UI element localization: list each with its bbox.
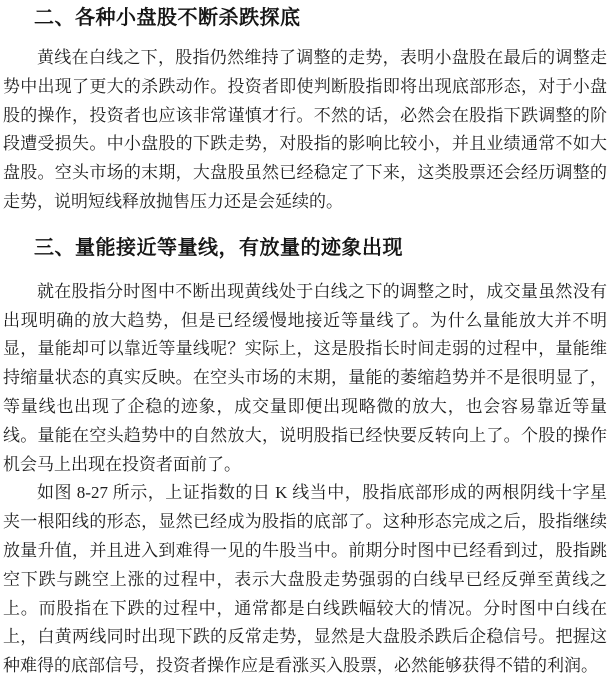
paragraph-small-caps-selloff: 黄线在白线之下，股指仍然维持了调整的走势，表明小盘股在最后的调整走势中出现了更大… — [3, 44, 607, 217]
paragraph-volume-analysis: 就在股指分时图中不断出现黄线处于白线之下的调整之时，成交量虽然没有出现明确的放大… — [3, 278, 607, 480]
section-heading-volume-near-equal-volume-line: 三、量能接近等量线，有放量的迹象出现 — [3, 235, 607, 261]
paragraph-figure-8-27-analysis: 如图 8-27 所示，上证指数的日 K 线当中，股指底部形成的两根阴线十字星夹一… — [3, 479, 607, 678]
section-heading-small-caps-selloff: 二、各种小盘股不断杀跌探底 — [3, 5, 607, 31]
book-page: 二、各种小盘股不断杀跌探底 黄线在白线之下，股指仍然维持了调整的走势，表明小盘股… — [0, 0, 610, 678]
